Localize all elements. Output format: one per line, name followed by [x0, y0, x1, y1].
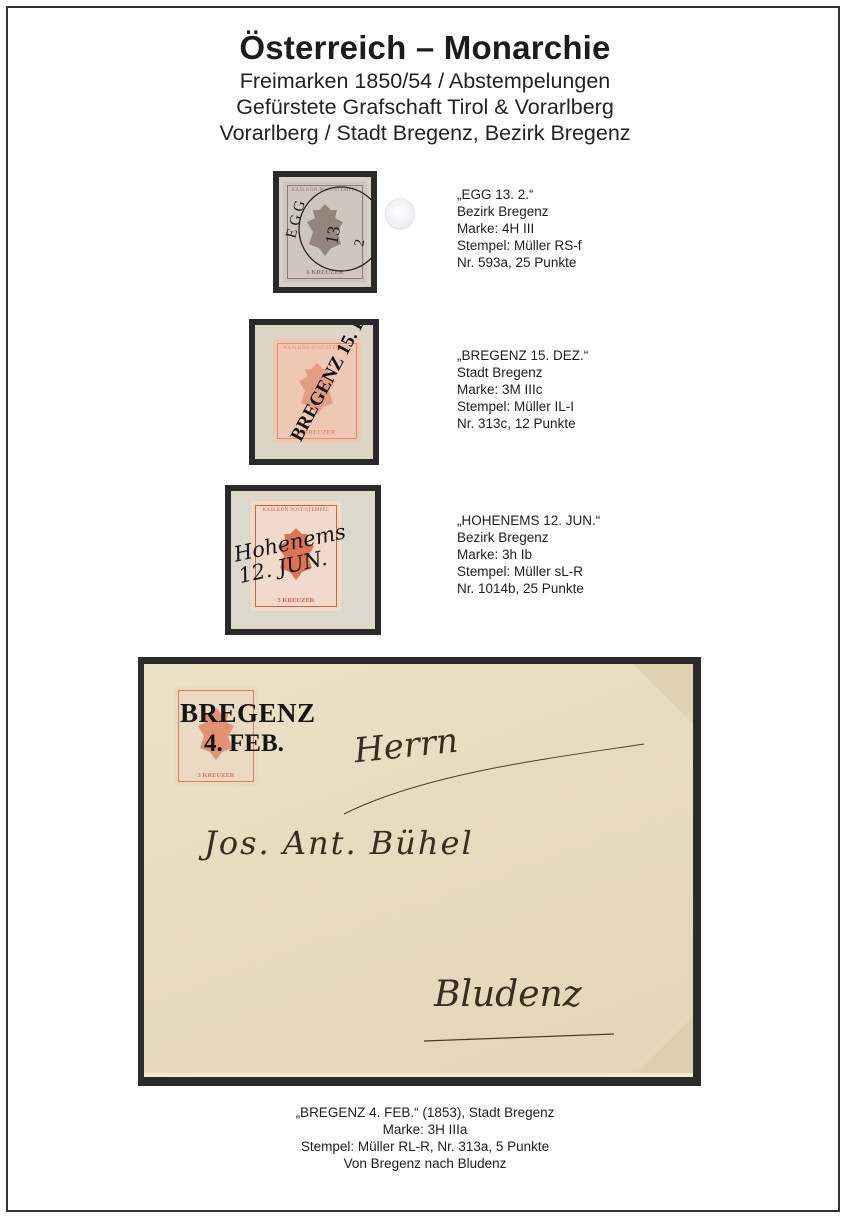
- svg-text:2: 2: [352, 238, 368, 247]
- handwriting-underlines: [144, 664, 693, 1077]
- description-3: „HOHENEMS 12. JUN.“ Bezirk Bregenz Marke…: [457, 512, 600, 597]
- cover-mount: 3 KREUZER BREGENZ 4. FEB. Herrn Jos. Ant…: [138, 657, 701, 1086]
- cover-caption: „BREGENZ 4. FEB.“ (1853), Stadt Bregenz …: [0, 1104, 850, 1172]
- circular-cancel-icon: E G G 13 2: [279, 177, 371, 287]
- stamp-mount-3: KAIS.KÖN.POST-STEMPEL 3 KREUZER Hohenems…: [225, 485, 381, 635]
- subtitle-line-2: Gefürstete Grafschaft Tirol & Vorarlberg: [0, 94, 850, 120]
- stamp-mount-2: KAIS.KÖN.POST-STEMPEL 3 KREUZER BREGENZ …: [249, 319, 379, 465]
- hinge-mark: [385, 198, 415, 230]
- stamp-mount-1: KAIS.KÖN.POST-STEMPEL 6 KREUZER E G G 13…: [273, 171, 377, 293]
- page-title: Österreich – Monarchie: [0, 28, 850, 68]
- description-1: „EGG 13. 2.“ Bezirk Bregenz Marke: 4H II…: [457, 186, 582, 271]
- cover-letter: 3 KREUZER BREGENZ 4. FEB. Herrn Jos. Ant…: [144, 664, 693, 1077]
- description-2: „BREGENZ 15. DEZ.“ Stadt Bregenz Marke: …: [457, 347, 588, 432]
- subtitle-line-1: Freimarken 1850/54 / Abstempelungen: [0, 68, 850, 94]
- stamp-3-top-text: KAIS.KÖN.POST-STEMPEL: [256, 508, 336, 513]
- page-header: Österreich – Monarchie Freimarken 1850/5…: [0, 28, 850, 146]
- svg-text:E G G: E G G: [283, 199, 308, 240]
- svg-text:13: 13: [321, 224, 344, 245]
- subtitle-line-3: Vorarlberg / Stadt Bregenz, Bezirk Brege…: [0, 120, 850, 146]
- stamp-3-value: 3 KREUZER: [256, 597, 336, 604]
